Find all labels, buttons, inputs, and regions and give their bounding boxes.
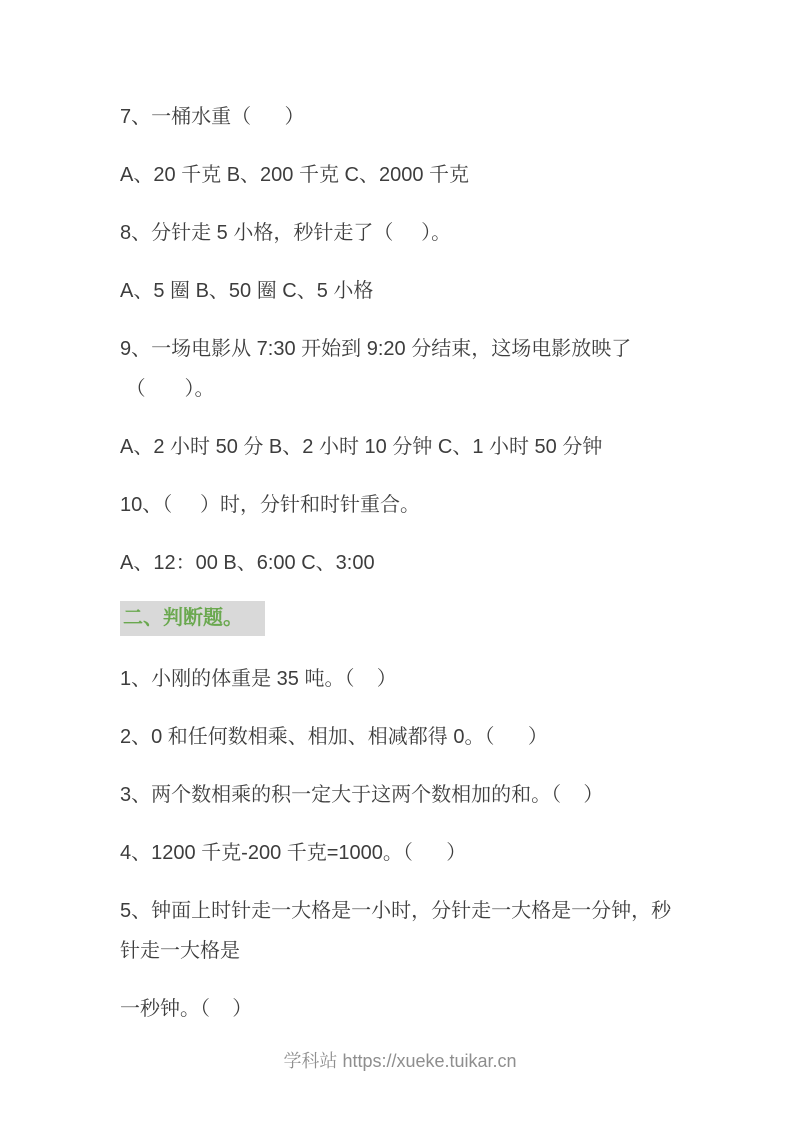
judge-section-heading-row: 二、判断题。 <box>120 601 680 637</box>
choice-question-section: 7、一桶水重（ ） A、20 千克 B、200 千克 C、2000 千克 8、分… <box>120 97 680 583</box>
question-9-stem: 9、一场电影从 7:30 开始到 9:20 分结束，这场电影放映了 （ ）。 <box>120 329 680 409</box>
question-9-options: A、2 小时 50 分 B、2 小时 10 分钟 C、1 小时 50 分钟 <box>120 427 680 467</box>
question-10-stem: 10、（ ）时，分针和时针重合。 <box>120 485 680 525</box>
judge-question-2: 2、0 和任何数相乘、相加、相减都得 0。（ ） <box>120 717 680 757</box>
judge-question-1: 1、小刚的体重是 35 吨。（ ） <box>120 659 680 699</box>
footer-watermark: 学科站 https://xueke.tuikar.cn <box>283 1051 516 1071</box>
question-7-stem: 7、一桶水重（ ） <box>120 97 680 137</box>
question-7-options: A、20 千克 B、200 千克 C、2000 千克 <box>120 155 680 195</box>
judge-question-section: 1、小刚的体重是 35 吨。（ ） 2、0 和任何数相乘、相加、相减都得 0。（… <box>120 659 680 1029</box>
worksheet-content: 7、一桶水重（ ） A、20 千克 B、200 千克 C、2000 千克 8、分… <box>0 0 680 1075</box>
judge-section-heading: 二、判断题。 <box>120 601 265 636</box>
judge-question-3: 3、两个数相乘的积一定大于这两个数相加的和。（ ） <box>120 775 680 815</box>
question-10-options: A、12：00 B、6:00 C、3:00 <box>120 543 680 583</box>
page-footer: 学科站 https://xueke.tuikar.cn <box>120 1047 680 1075</box>
judge-question-5-continued: 一秒钟。（ ） <box>120 989 680 1029</box>
worksheet-page: 7、一桶水重（ ） A、20 千克 B、200 千克 C、2000 千克 8、分… <box>0 0 793 1122</box>
question-8-options: A、5 圈 B、50 圈 C、5 小格 <box>120 271 680 311</box>
judge-question-4: 4、1200 千克-200 千克=1000。（ ） <box>120 833 680 873</box>
judge-question-5: 5、钟面上时针走一大格是一小时，分针走一大格是一分钟，秒 针走一大格是 <box>120 891 680 971</box>
question-8-stem: 8、分针走 5 小格，秒针走了（ ）。 <box>120 213 680 253</box>
